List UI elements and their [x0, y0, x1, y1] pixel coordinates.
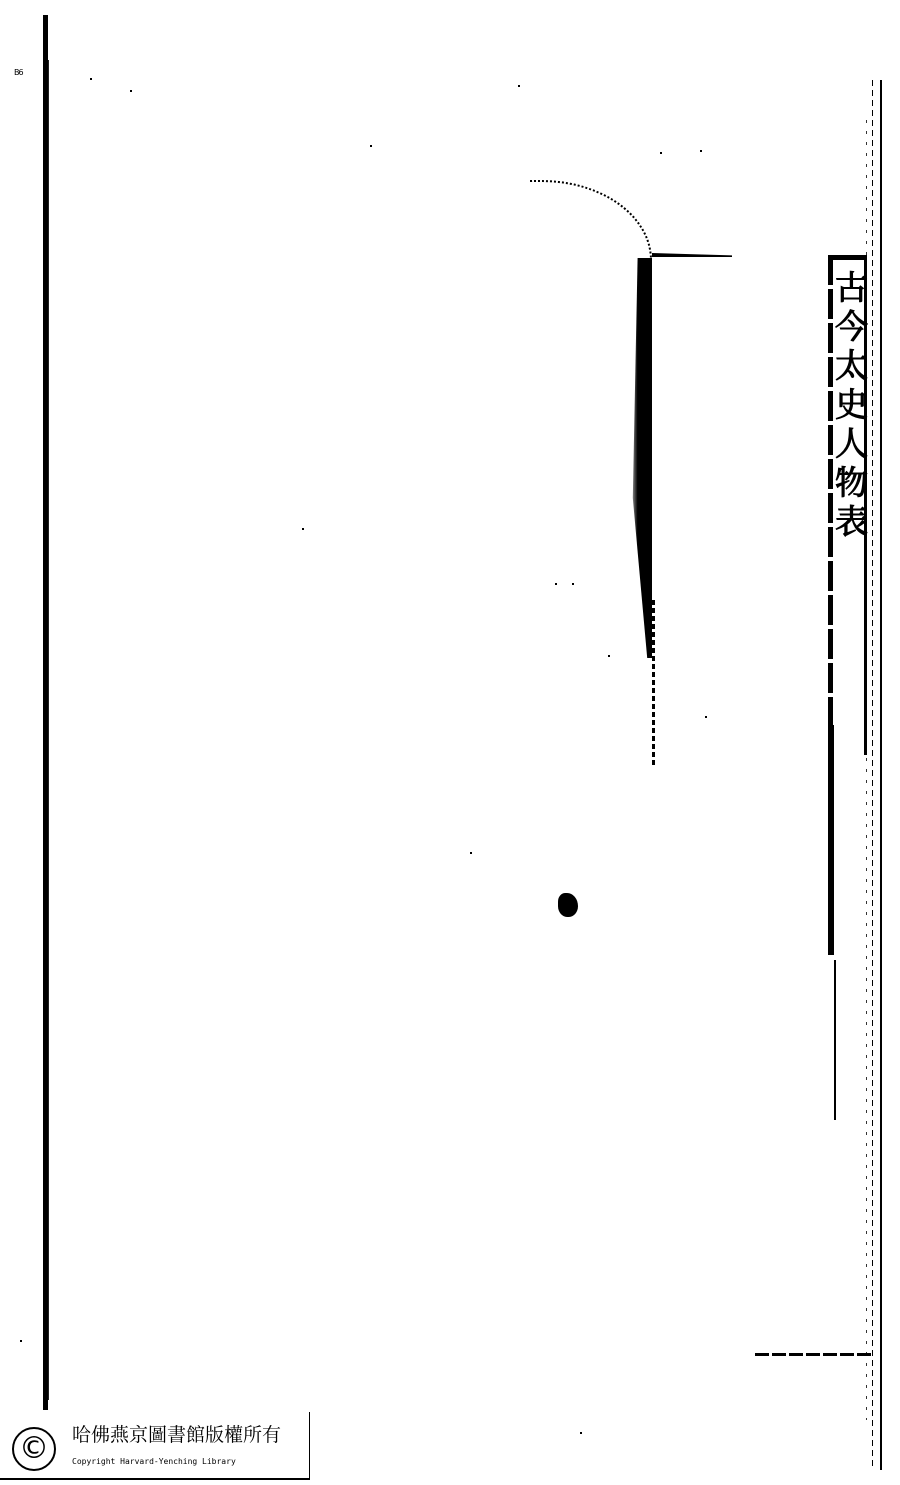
title-slip-lower-border [828, 725, 834, 955]
title-slip-top-border [828, 255, 866, 260]
title-slip-lower-line [834, 960, 836, 1120]
page-edge-line [880, 80, 882, 1470]
ink-smudge-line [755, 1353, 873, 1356]
copyright-english-text: Copyright Harvard-Yenching Library [72, 1457, 236, 1466]
copyright-icon: © [12, 1427, 56, 1471]
page-edge-dashed [872, 80, 873, 1470]
book-spine-shadow [48, 60, 49, 1400]
ink-blot [558, 893, 578, 917]
page-fold-tick [652, 253, 732, 257]
page-fold-shadow [628, 258, 652, 658]
title-slip-text: 古今太史人物表 [832, 270, 866, 543]
page-fold-curve [530, 180, 652, 262]
page-fold-trail [652, 600, 655, 765]
copyright-chinese-text: 哈佛燕京圖書館版權所有 [72, 1420, 281, 1447]
corner-mark: B6 [14, 68, 23, 77]
